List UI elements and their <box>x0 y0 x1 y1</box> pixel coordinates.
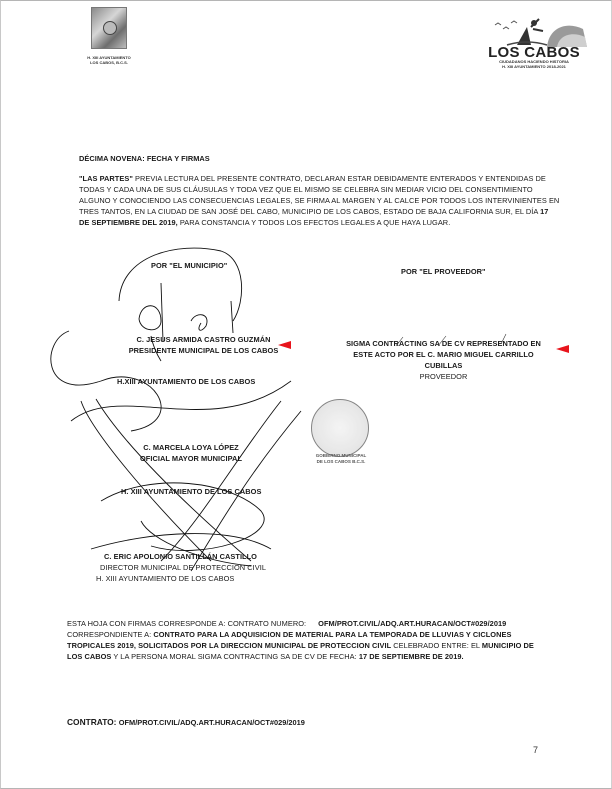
proveedor-signature-block: SIGMA CONTRACTING SA DE CV REPRESENTADO … <box>341 338 546 382</box>
clause-body: "LAS PARTES" PREVIA LECTURA DEL PRESENTE… <box>79 173 599 228</box>
los-cabos-logo-title: LOS CABOS <box>479 45 589 60</box>
president-signature-block: C. JESUS ARMIDA CASTRO GUZMÁN PRESIDENTE… <box>111 334 296 356</box>
ayuntamiento-label-1: H.XIII AYUNTAMIENTO DE LOS CABOS <box>117 376 255 387</box>
proveedor-role: PROVEEDOR <box>341 371 546 382</box>
municipal-crest-icon <box>91 7 127 49</box>
party-name: LOS CABOS <box>67 652 111 661</box>
contract-footer: CONTRATO: OFM/PROT.CIVIL/ADQ.ART.HURACAN… <box>67 717 305 727</box>
ayuntamiento-label-2: H. XIII AYUNTAMIENTO DE LOS CABOS <box>121 486 261 497</box>
seal-caption-line: DE LOS CABOS B.C.S. <box>306 459 376 465</box>
proveedor-line: SIGMA CONTRACTING SA DE CV REPRESENTADO … <box>341 338 546 349</box>
sign-here-marker <box>556 345 569 353</box>
signature-page-note: ESTA HOJA CON FIRMAS CORRESPONDE A: CONT… <box>67 618 597 662</box>
clause-line: PREVIA LECTURA DEL PRESENTE CONTRATO, DE… <box>133 174 546 183</box>
director-name: C. ERIC APOLONIO SANTILLÁN CASTILLO <box>96 551 296 562</box>
contract-number: OFM/PROT.CIVIL/ADQ.ART.HURACAN/OCT#029/2… <box>318 619 506 628</box>
municipio-label: POR "EL MUNICIPIO" <box>151 260 227 271</box>
contract-footer-label: CONTRATO: <box>67 717 119 727</box>
contract-date: 17 DE SEPTIEMBRE DE 2019. <box>359 652 464 661</box>
clause-heading: DÉCIMA NOVENA: FECHA Y FIRMAS <box>79 153 210 164</box>
director-title: DIRECTOR MUNICIPAL DE PROTECCION CIVIL <box>96 562 296 573</box>
official-seal-icon <box>311 399 369 457</box>
oficial-mayor-title: OFICIAL MAYOR MUNICIPAL <box>126 453 256 464</box>
crest-caption-line: LOS CABOS, B.C.S. <box>81 60 137 65</box>
crest-caption: H. XIII AYUNTAMIENTO LOS CABOS, B.C.S. <box>81 55 137 65</box>
president-name: C. JESUS ARMIDA CASTRO GUZMÁN <box>111 334 296 345</box>
page-number: 7 <box>533 745 538 755</box>
oficial-mayor-name: C. MARCELA LOYA LÓPEZ <box>126 442 256 453</box>
proveedor-label: POR "EL PROVEEDOR" <box>401 266 486 277</box>
logo-administration: H. XIII AYUNTAMIENTO 2018-2021 <box>479 64 589 69</box>
clause-date-day: 17 <box>540 207 548 216</box>
director-org: H. XIII AYUNTAMIENTO DE LOS CABOS <box>96 573 296 584</box>
clause-line: ALGUNO Y CONOCIENDO LAS CONSECUENCIAS LE… <box>79 195 599 206</box>
los-cabos-logo-icon <box>487 17 587 47</box>
contract-footer-number: OFM/PROT.CIVIL/ADQ.ART.HURACAN/OCT#029/2… <box>119 718 305 727</box>
proveedor-line: CUBILLAS <box>341 360 546 371</box>
oficial-mayor-signature-block: C. MARCELA LOYA LÓPEZ OFICIAL MAYOR MUNI… <box>126 442 256 464</box>
contract-subject: CONTRATO PARA LA ADQUISICION DE MATERIAL… <box>153 630 511 639</box>
clause-line: TODAS Y CADA UNA DE SUS CLÁUSULAS Y TODA… <box>79 184 599 195</box>
party-name: MUNICIPIO DE <box>482 641 534 650</box>
los-cabos-logo-subtitle: CIUDADANOS HACIENDO HISTORIA H. XIII AYU… <box>479 59 589 69</box>
seal-caption-line: GOBIERNO MUNICIPAL <box>306 453 376 459</box>
handwritten-signatures <box>1 1 612 789</box>
clause-lead: "LAS PARTES" <box>79 174 133 183</box>
sign-here-marker <box>278 341 291 349</box>
note-text: CORRESPONDIENTE A: <box>67 630 153 639</box>
president-title: PRESIDENTE MUNICIPAL DE LOS CABOS <box>111 345 296 356</box>
clause-date: DE SEPTIEMBRE DEL 2019, <box>79 218 178 227</box>
clause-line: PARA CONSTANCIA Y TODOS LOS EFECTOS LEGA… <box>178 218 451 227</box>
note-text: Y LA PERSONA MORAL SIGMA CONTRACTING SA … <box>111 652 358 661</box>
seal-caption: GOBIERNO MUNICIPAL DE LOS CABOS B.C.S. <box>306 453 376 464</box>
note-text: CELEBRADO ENTRE: EL <box>391 641 482 650</box>
note-text: ESTA HOJA CON FIRMAS CORRESPONDE A: CONT… <box>67 619 306 628</box>
proveedor-line: ESTE ACTO POR EL C. MARIO MIGUEL CARRILL… <box>341 349 546 360</box>
document-page: H. XIII AYUNTAMIENTO LOS CABOS, B.C.S. L… <box>0 0 612 789</box>
contract-subject: TROPICALES 2019, SOLICITADOS POR LA DIRE… <box>67 641 391 650</box>
clause-line: TRES TANTOS, EN LA CIUDAD DE SAN JOSÉ DE… <box>79 207 540 216</box>
director-signature-block: C. ERIC APOLONIO SANTILLÁN CASTILLO DIRE… <box>96 551 296 584</box>
